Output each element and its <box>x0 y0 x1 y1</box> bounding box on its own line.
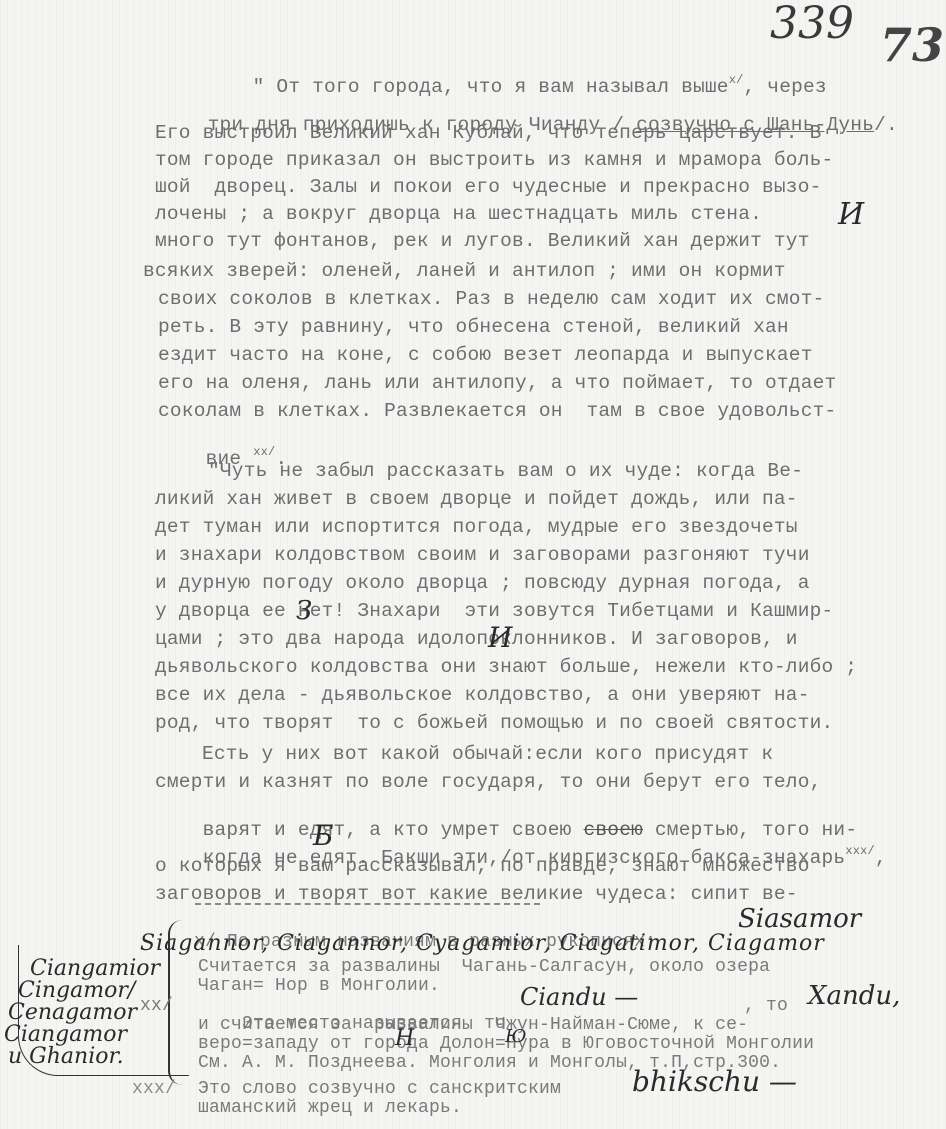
document-page: 339 73 " От того города, что я вам назыв… <box>0 0 946 1129</box>
footnote-ref-x: x/ <box>729 73 744 87</box>
footnote-line: Считается за развалины Чагань-Салгасун, … <box>198 958 770 976</box>
text-line: своих соколов в клетках. Раз в неделю са… <box>158 290 825 310</box>
handwritten-variants-row: Siagannor, Ciagannor, Cyagamior, Ciagati… <box>140 933 825 955</box>
text-line: Его выстроил Великий хан Кублай, что теп… <box>155 124 822 144</box>
margin-variant: Cingamor/ <box>18 980 135 1002</box>
footnote-line: Это слово созвучно с санскритским <box>198 1080 561 1098</box>
text-line: лочены ; а вокруг дворца на шестнадцать … <box>155 205 762 225</box>
footnote-xxx-marker: xxx/ <box>132 1080 176 1098</box>
footnote-xx-marker: xx/ <box>140 997 173 1015</box>
margin-variant: Ciangamior <box>30 958 160 980</box>
archive-page-number: 339 <box>770 2 854 46</box>
text-line: все их дела - дьявольское колдовство, а … <box>155 686 810 706</box>
footnote-line: шаманский жрец и лекарь. <box>198 1099 462 1117</box>
footnote-separator <box>195 903 540 905</box>
handwritten-ciandu: Ciandu — <box>520 985 638 1009</box>
text-line: о которых я вам рассказывал, по правде, … <box>155 857 810 877</box>
text-segment: , то <box>744 997 788 1015</box>
text-line: всяких зверей: оленей, ланей и антилоп ;… <box>143 262 786 282</box>
handwritten-insert-b: Б <box>313 822 334 850</box>
text-segment: , <box>875 847 887 869</box>
text-line: дьявольского колдовства они знают больше… <box>155 658 857 678</box>
handwritten-xandu: Xandu, <box>808 983 900 1009</box>
footnote-ref-xx: xx/ <box>253 445 275 459</box>
handwritten-insert-i: И <box>488 624 512 652</box>
text-line: цами ; это два народа идолопоклонников. … <box>155 630 798 650</box>
text-line: смерти и казнят по воле государя, то они… <box>155 773 822 793</box>
text-line: заговоров и творят вот какие великие чуд… <box>155 885 798 905</box>
text-line: "Чуть не забыл рассказать вам о их чуде:… <box>208 462 803 482</box>
handwritten-insert-n: Н <box>395 1028 414 1050</box>
text-line: род, что творят то с божьей помощью и по… <box>155 714 833 734</box>
handwritten-insert-i: И <box>838 200 864 230</box>
margin-variant: и Ghanior. <box>8 1046 124 1068</box>
text-line: том городе приказал он выстроить из камн… <box>155 151 833 171</box>
text-line: у дворца ее нет! Знахари эти зовутся Тиб… <box>155 602 833 622</box>
footnote-line: Чаган= Нор в Монголии. <box>198 977 440 995</box>
text-line: много тут фонтанов, рек и лугов. Великий… <box>155 232 810 252</box>
margin-variant: Cenagamor <box>8 1002 137 1024</box>
text-segment: , через <box>744 76 827 98</box>
handwritten-insert-z: З <box>296 598 312 624</box>
text-line: шой дворец. Залы и покои его чудесные и … <box>155 178 822 198</box>
text-line: его на оленя, лань или антилопу, а что п… <box>158 374 836 394</box>
text-line: соколам в клетках. Развлекается он там в… <box>158 402 836 422</box>
sheet-page-number: 73 <box>880 22 944 68</box>
footnote-line: и считается за развалины Чжун-Найман-Сюм… <box>198 1016 748 1034</box>
text-line: и знахари колдовством своим и заговорами… <box>155 546 810 566</box>
text-segment: /. <box>874 114 898 136</box>
text-line: ездит часто на коне, с собою везет леопа… <box>158 346 813 366</box>
text-segment: " От того города, что я вам называл выше <box>253 76 729 98</box>
text-line: и дурную погоду около дворца ; повсюду д… <box>155 574 810 594</box>
text-line: Есть у них вот какой обычай:если кого пр… <box>202 745 773 765</box>
text-line: ликий хан живет в своем дворце и пойдет … <box>155 490 798 510</box>
handwritten-bhikschu: bhikschu — <box>632 1068 797 1096</box>
text-line: реть. В эту равнину, что обнесена стеной… <box>158 318 789 338</box>
handwritten-variant: Siasamor <box>738 906 861 932</box>
handwritten-insert-yu: Ю <box>505 1028 526 1046</box>
margin-variant: Ciangamor <box>4 1024 127 1046</box>
footnote-ref-xxx: xxx/ <box>845 844 875 858</box>
text-line: дет туман или испортится погода, мудрые … <box>155 518 798 538</box>
